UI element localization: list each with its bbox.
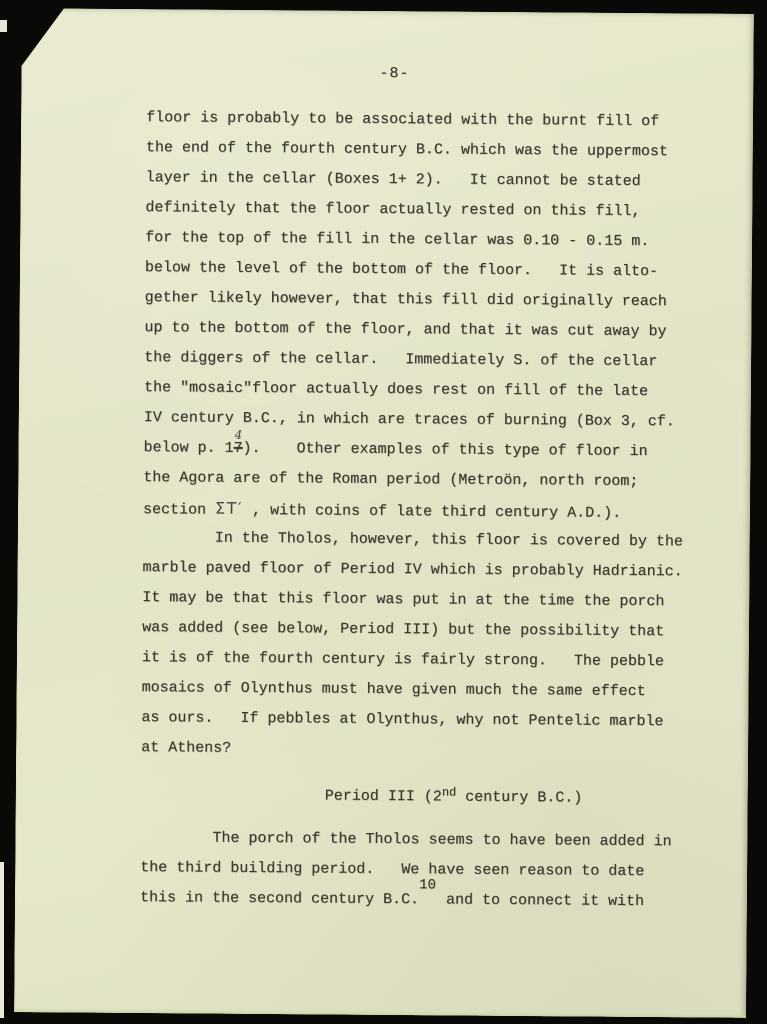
text-line: marble paved floor of Period IV which is… (142, 553, 702, 587)
text-line-section: section ΣΤ′ , with coins of late third c… (143, 493, 703, 527)
scan-edge-artifact-top (0, 20, 7, 32)
text-line: In the Tholos, however, this floor is co… (143, 523, 703, 557)
text-line-page-reference: below p. 174). Other examples of this ty… (143, 433, 703, 467)
footnote-reference: 10 (419, 870, 446, 900)
footnote-line-post: and to connect it with (446, 891, 644, 910)
scan-edge-artifact-bottom (0, 862, 4, 1018)
page-ref-post: ). Other examples of this type of floor … (242, 440, 647, 460)
heading-post: century B.C.) (456, 789, 582, 807)
handwritten-correction: 4 (235, 420, 243, 450)
text-line: The porch of the Tholos seems to have be… (140, 823, 700, 857)
heading-ordinal-superscript: nd (442, 785, 457, 799)
section-pre: section (143, 501, 215, 519)
page-number: -8- (21, 62, 753, 85)
text-line: floor is probably to be associated with … (146, 103, 706, 137)
handwritten-greek-section-label: ΣΤ′ (215, 499, 243, 518)
text-line: mosaics of Olynthus must have given much… (141, 673, 701, 707)
text-line: was added (see below, Period III) but th… (142, 613, 702, 647)
section-heading: Period III (2nd century B.C.) (325, 777, 701, 810)
photo-background: -8- floor is probably to be associated w… (0, 0, 767, 1024)
typewritten-text: floor is probably to be associated with … (140, 103, 706, 917)
text-line: up to the bottom of the floor, and that … (144, 313, 704, 347)
text-line: the "mosaic"floor actually does rest on … (144, 373, 704, 407)
corrected-digit: 74 (233, 434, 242, 464)
text-line: IV century B.C., in which are traces of … (144, 403, 704, 437)
text-line: the Agora are of the Roman period (Metro… (143, 463, 703, 497)
text-line: at Athens? (141, 733, 701, 767)
text-line: as ours. If pebbles at Olynthus, why not… (141, 703, 701, 737)
text-line: definitely that the floor actually reste… (145, 193, 705, 227)
text-line: for the top of the fill in the cellar wa… (145, 223, 705, 257)
text-line: gether likely however, that this fill di… (145, 283, 705, 317)
text-line-footnote: this in the second century B.C.10and to … (140, 883, 700, 917)
manuscript-page: -8- floor is probably to be associated w… (14, 8, 754, 1018)
section-post: , with coins of late third century A.D.)… (243, 502, 621, 522)
page-ref-pre: below p. 1 (143, 439, 233, 457)
text-line: It may be that this floor was put in at … (142, 583, 702, 617)
text-line: below the level of the bottom of the flo… (145, 253, 705, 287)
text-line: the end of the fourth century B.C. which… (146, 133, 706, 167)
text-line: it is of the fourth century is fairly st… (142, 643, 702, 677)
text-line: the diggers of the cellar. Immediately S… (144, 343, 704, 377)
footnote-line-pre: this in the second century B.C. (140, 889, 419, 908)
text-line: layer in the cellar (Boxes 1+ 2). It can… (146, 163, 706, 197)
heading-pre: Period III (2 (325, 788, 442, 806)
